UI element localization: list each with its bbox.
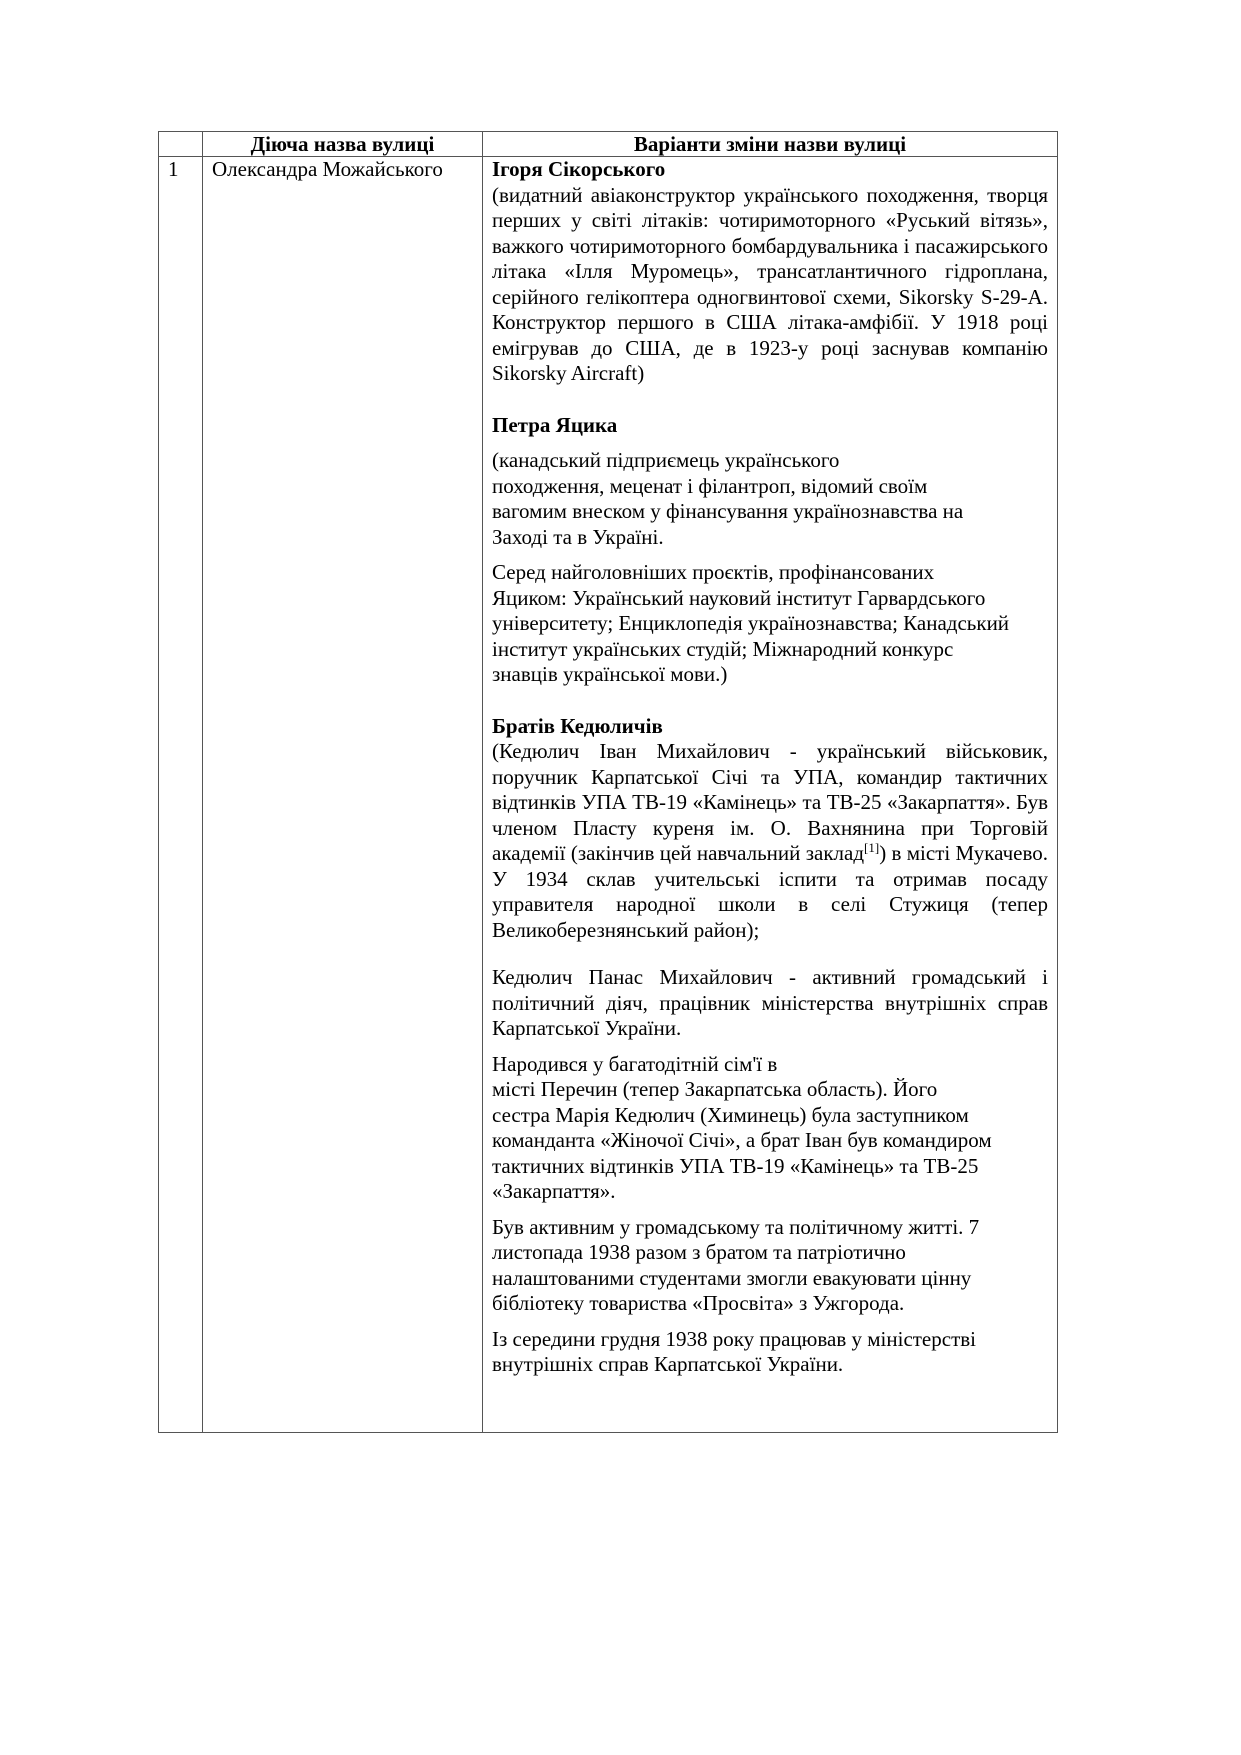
variant-description: (видатний авіаконструктор українського п…: [492, 183, 1048, 387]
variant-sikorsky: Ігоря Сікорського (видатний авіаконструк…: [492, 157, 1048, 387]
document-page: Діюча назва вулиці Варіанти зміни назви …: [0, 0, 1241, 1755]
variant-title: Ігоря Сікорського: [492, 157, 1048, 183]
header-number: [159, 132, 203, 157]
variant-description: Народився у багатодітній сім'ї в місті П…: [492, 1052, 1048, 1205]
header-variants: Варіанти зміни назви вулиці: [483, 132, 1058, 157]
variant-title: Петра Яцика: [492, 413, 1048, 439]
variant-yatsyk: Петра Яцика (канадський підприємець укра…: [492, 413, 1048, 688]
variant-title: Братів Кедюличів: [492, 714, 1048, 740]
variant-description: (Кедюлич Іван Михайлович - український в…: [492, 739, 1048, 943]
variant-description: (канадський підприємець українського пох…: [492, 448, 1048, 550]
table-header-row: Діюча назва вулиці Варіанти зміни назви …: [159, 132, 1058, 157]
variant-description: Кедюлич Панас Михайлович - активний гром…: [492, 965, 1048, 1042]
footnote-marker[interactable]: [1]: [864, 840, 879, 855]
rename-variants-cell: Ігоря Сікорського (видатний авіаконструк…: [483, 157, 1058, 1433]
variant-description: Серед найголовніших проєктів, профінансо…: [492, 560, 1048, 688]
current-street-name: Олександра Можайського: [203, 157, 483, 1433]
variant-description: Був активним у громадському та політично…: [492, 1215, 1048, 1317]
table-row: 1 Олександра Можайського Ігоря Сікорсько…: [159, 157, 1058, 1433]
street-rename-table: Діюча назва вулиці Варіанти зміни назви …: [158, 131, 1058, 1433]
variant-kedyulych: Братів Кедюличів (Кедюлич Іван Михайлови…: [492, 714, 1048, 1378]
variant-description: Із середини грудня 1938 року працював у …: [492, 1327, 1048, 1378]
header-current-name: Діюча назва вулиці: [203, 132, 483, 157]
row-number: 1: [159, 157, 203, 1433]
